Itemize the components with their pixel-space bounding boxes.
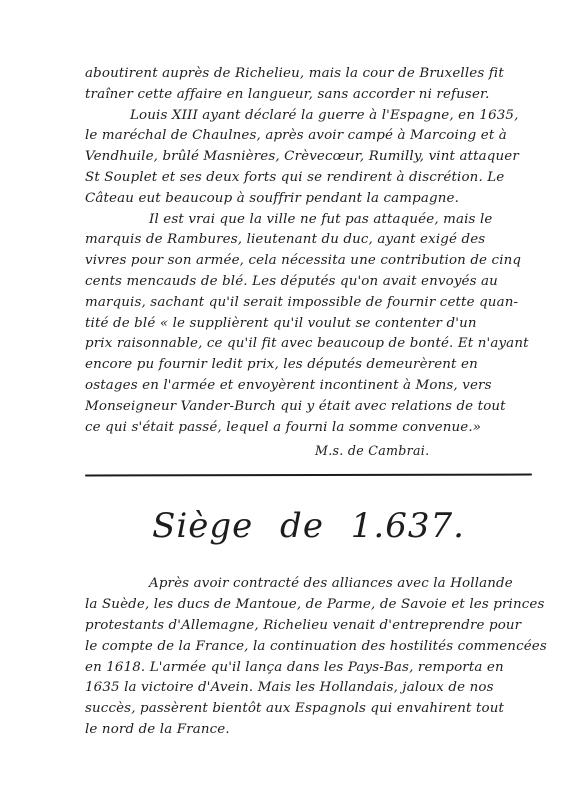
text-line: le nord de la France. [85, 720, 532, 741]
paragraph-richelieu-affair: aboutirent auprès de Richelieu, mais la … [85, 64, 532, 106]
text-line: prix raisonnable, ce qu'il fit avec beau… [85, 334, 532, 355]
text-line: succès, passèrent bientôt aux Espagnols … [85, 699, 532, 720]
source-attribution: M.s. de Cambrai. [315, 443, 532, 458]
text-line: marquis de Rambures, lieutenant du duc, … [85, 230, 532, 251]
text-line: tité de blé « le supplièrent qu'il voulu… [85, 314, 532, 335]
text-line: encore pu fournir ledit prix, les député… [85, 355, 532, 376]
text-line: Après avoir contracté des alliances avec… [85, 574, 532, 595]
text-line: le compte de la France, la continuation … [85, 637, 532, 658]
text-line: traîner cette affaire en langueur, sans … [85, 85, 532, 106]
text-line: Il est vrai que la ville ne fut pas atta… [85, 210, 532, 231]
section-heading: Siège de 1.637. [85, 502, 532, 550]
text-line: Monseigneur Vander-Burch qui y était ave… [85, 397, 532, 418]
text-line: Louis XIII ayant déclaré la guerre à l'E… [85, 106, 532, 127]
manuscript-page: aboutirent auprès de Richelieu, mais la … [0, 0, 567, 800]
text-line: ostages en l'armée et envoyèrent inconti… [85, 376, 532, 397]
text-line: vivres pour son armée, cela nécessita un… [85, 251, 532, 272]
text-line: le maréchal de Chaulnes, après avoir cam… [85, 126, 532, 147]
text-line: Vendhuile, brûlé Masnières, Crèvecœur, R… [85, 147, 532, 168]
section-divider-line [85, 474, 532, 477]
paragraph-rambures-contribution: Il est vrai que la ville ne fut pas atta… [85, 210, 532, 439]
text-line: Câteau eut beaucoup à souffrir pendant l… [85, 189, 532, 210]
text-line: en 1618. L'armée qu'il lança dans les Pa… [85, 658, 532, 679]
text-line: aboutirent auprès de Richelieu, mais la … [85, 64, 532, 85]
paragraph-louis-xiii-campaign: Louis XIII ayant déclaré la guerre à l'E… [85, 106, 532, 210]
text-line: protestants d'Allemagne, Richelieu venai… [85, 616, 532, 637]
text-line: cents mencauds de blé. Les députés qu'on… [85, 272, 532, 293]
text-line: St Souplet et ses deux forts qui se rend… [85, 168, 532, 189]
paragraph-alliances-1637: Après avoir contracté des alliances avec… [85, 574, 532, 740]
text-line: la Suède, les ducs de Mantoue, de Parme,… [85, 595, 532, 616]
text-line: ce qui s'était passé, lequel a fourni la… [85, 418, 532, 439]
text-line: marquis, sachant qu'il serait impossible… [85, 293, 532, 314]
text-block: aboutirent auprès de Richelieu, mais la … [85, 64, 532, 741]
text-line: 1635 la victoire d'Avein. Mais les Holla… [85, 678, 532, 699]
